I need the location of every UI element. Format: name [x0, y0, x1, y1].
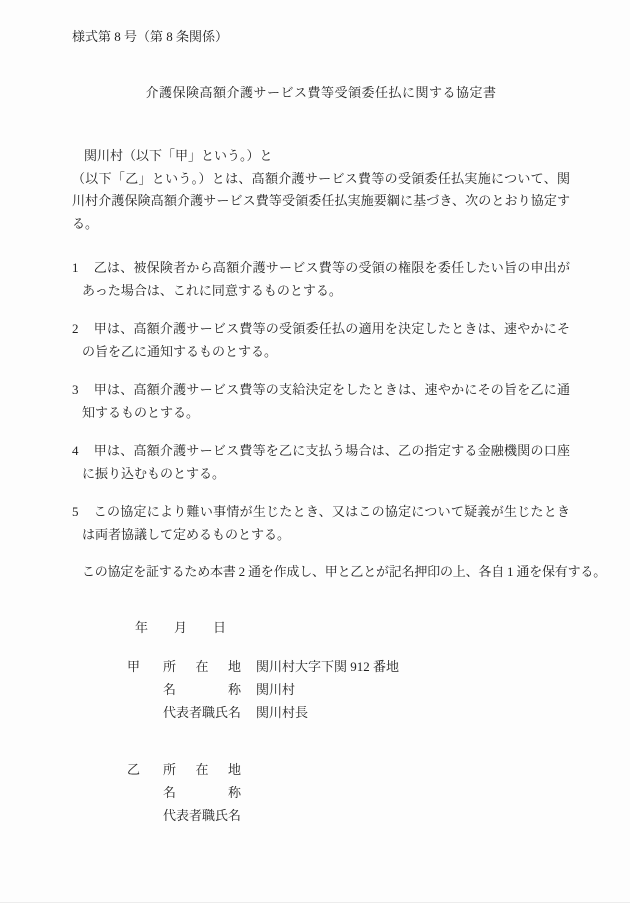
sig-row-address: 甲 所在地 関川村大字下関 912 番地	[72, 655, 570, 678]
sig-row-representative: 代表者職氏名 関川村長	[72, 701, 570, 724]
field-label-representative: 代表者職氏名	[163, 804, 241, 827]
clause-text: 甲は、高額介護サービス費等の受領委任払の適用を決定したときは、速やかにその旨を乙…	[82, 321, 570, 359]
clause-number: 5	[72, 504, 79, 519]
field-label-address: 所在地	[163, 655, 241, 678]
clause-1: 1乙は、被保険者から高額介護サービス費等の受領の権限を委任したい旨の申出があった…	[72, 257, 570, 302]
date-line: 年 月 日	[72, 617, 570, 640]
closing-sentence: この協定を証するため本書 2 通を作成し、甲と乙とが記名押印の上、各自 1 通を…	[72, 561, 570, 584]
preamble-line-1: 関川村（以下「甲」という。）と	[72, 145, 570, 168]
clause-4: 4甲は、高額介護サービス費等を乙に支払う場合は、乙の指定する金融機関の口座に振り…	[72, 440, 570, 485]
party-label-spacer	[127, 678, 163, 701]
clause-3: 3甲は、高額介護サービス費等の支給決定をしたときは、速やかにその旨を乙に通知する…	[72, 379, 570, 424]
signature-block-kou: 甲 所在地 関川村大字下関 912 番地 名称 関川村 代表者職氏名 関川村長	[72, 655, 570, 724]
clause-text: この協定により難い事情が生じたとき、又はこの協定について疑義が生じたときは両者協…	[82, 504, 570, 542]
field-label-name: 名称	[163, 678, 241, 701]
party-label-spacer	[127, 701, 163, 724]
clause-number: 4	[72, 443, 79, 458]
sig-row-name: 名称	[72, 781, 570, 804]
document-page: 様式第 8 号（第 8 条関係） 介護保険高額介護サービス費等受領委任払に関する…	[0, 0, 630, 903]
clause-2: 2甲は、高額介護サービス費等の受領委任払の適用を決定したときは、速やかにその旨を…	[72, 318, 570, 363]
clause-number: 3	[72, 382, 79, 397]
sig-row-address: 乙 所在地	[72, 758, 570, 781]
clause-number: 2	[72, 321, 79, 336]
preamble-body: （以下「乙」という。）とは、高額介護サービス費等の受領委任払実施について、関川村…	[72, 168, 570, 236]
field-value-address: 関川村大字下関 912 番地	[256, 655, 399, 678]
clause-text: 甲は、高額介護サービス費等の支給決定をしたときは、速やかにその旨を乙に通知するも…	[82, 382, 570, 420]
sig-row-representative: 代表者職氏名	[72, 804, 570, 827]
document-title: 介護保険高額介護サービス費等受領委任払に関する協定書	[72, 82, 570, 105]
field-value-representative: 関川村長	[256, 701, 308, 724]
field-label-representative: 代表者職氏名	[163, 701, 241, 724]
clause-5: 5この協定により難い事情が生じたとき、又はこの協定について疑義が生じたときは両者…	[72, 501, 570, 546]
party-label-spacer	[127, 804, 163, 827]
field-label-name: 名称	[163, 781, 241, 804]
party-label-kou: 甲	[127, 655, 163, 678]
party-label-spacer	[127, 781, 163, 804]
clause-text: 甲は、高額介護サービス費等を乙に支払う場合は、乙の指定する金融機関の口座に振り込…	[82, 443, 570, 481]
clause-text: 乙は、被保険者から高額介護サービス費等の受領の権限を委任したい旨の申出があった場…	[82, 260, 570, 298]
signature-block-otsu: 乙 所在地 名称 代表者職氏名	[72, 758, 570, 827]
party-label-otsu: 乙	[127, 758, 163, 781]
field-value-name: 関川村	[256, 678, 295, 701]
field-label-address: 所在地	[163, 758, 241, 781]
sig-row-name: 名称 関川村	[72, 678, 570, 701]
clause-number: 1	[72, 260, 79, 275]
form-number: 様式第 8 号（第 8 条関係）	[72, 26, 570, 49]
